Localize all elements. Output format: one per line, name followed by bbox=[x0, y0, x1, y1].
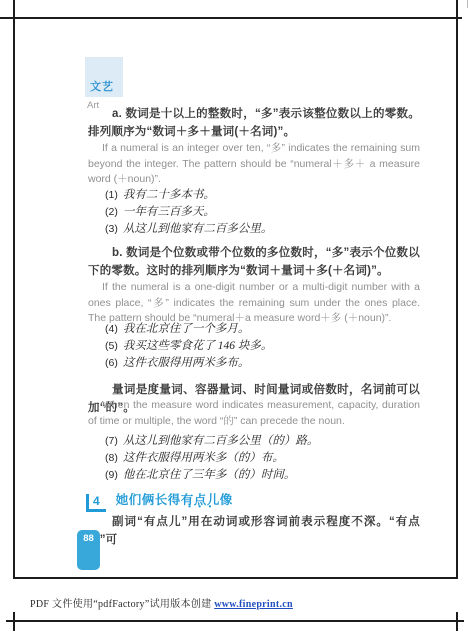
example-sentence: (4)我在北京住了一个多月。 bbox=[105, 321, 437, 338]
example-sentence: (8)这件衣服得用两米多（的）布。 bbox=[105, 450, 437, 467]
crop-mark-corner-tick bbox=[467, 0, 468, 8]
example-number: (3) bbox=[105, 223, 118, 235]
section-title: 她们俩长得有点儿像 bbox=[116, 493, 233, 507]
example-text: 从这儿到他家有二百多公里。 bbox=[123, 223, 273, 235]
example-number: (5) bbox=[105, 340, 118, 352]
example-number: (2) bbox=[105, 206, 118, 218]
grammar-point-b-english: If the numeral is a one-digit number or … bbox=[88, 280, 420, 327]
example-text: 这件衣服得用两米多（的）布。 bbox=[123, 452, 284, 464]
section-title-part: 她们俩长得 bbox=[116, 493, 181, 507]
example-sentence: (5)我买这些零食花了 146 块多。 bbox=[105, 338, 437, 355]
example-text: 我在北京住了一个多月。 bbox=[123, 323, 250, 335]
watermark-footer: PDF 文件使用“pdfFactory”试用版本创建 www.fineprint… bbox=[30, 595, 293, 610]
watermark-text: PDF 文件使用“pdfFactory”试用版本创建 bbox=[30, 599, 214, 610]
example-sentence: (6)这件衣服得用两米多布。 bbox=[105, 355, 437, 372]
example-sentence: (1)我有二十多本书。 bbox=[105, 187, 437, 204]
example-number: (7) bbox=[105, 435, 118, 447]
example-text: 我有二十多本书。 bbox=[123, 189, 215, 201]
section-heading: 4她们俩长得有点儿像 bbox=[86, 490, 233, 512]
section-body-text: 副词“有点儿”用在动词或形容词前表示程度不深。“有点儿”可 bbox=[88, 514, 420, 549]
next-page-left-mark bbox=[13, 612, 15, 631]
section-title-emphasized: 有点儿 bbox=[181, 490, 220, 508]
example-number: (9) bbox=[105, 469, 118, 481]
grammar-point-a-english: If a numeral is an integer over ten, “多”… bbox=[88, 141, 420, 188]
section-title-part: 像 bbox=[220, 493, 233, 507]
example-sentence: (2)一年有三百多天。 bbox=[105, 204, 437, 221]
example-list-b: (4)我在北京住了一个多月。 (5)我买这些零食花了 146 块多。 (6)这件… bbox=[88, 321, 437, 373]
example-text: 他在北京住了三年多（的）时间。 bbox=[123, 469, 296, 481]
grammar-point-a-chinese: a. 数词是十以上的整数时，“多”表示该整位数以上的零数。排列顺序为“数词＋多＋… bbox=[88, 106, 420, 141]
next-page-right-mark bbox=[456, 612, 458, 631]
example-number: (6) bbox=[105, 357, 118, 369]
crop-mark-top-line bbox=[0, 17, 462, 19]
vocab-word: 文艺 bbox=[90, 78, 114, 94]
crop-mark-left-line bbox=[13, 0, 15, 578]
measure-note-english: When the measure word indicates measurem… bbox=[88, 398, 420, 429]
crop-mark-bottom-line bbox=[13, 577, 458, 579]
example-text: 这件衣服得用两米多布。 bbox=[123, 357, 250, 369]
page-number-tab: 88 bbox=[77, 530, 100, 570]
example-text: 一年有三百多天。 bbox=[123, 206, 215, 218]
section-number-badge: 4 bbox=[86, 494, 106, 512]
example-sentence: (7)从这儿到他家有二百多公里（的）路。 bbox=[105, 433, 437, 450]
example-number: (1) bbox=[105, 189, 118, 201]
example-text: 我买这些零食花了 146 块多。 bbox=[123, 340, 273, 352]
example-list-a: (1)我有二十多本书。 (2)一年有三百多天。 (3)从这儿到他家有二百多公里。 bbox=[88, 187, 437, 239]
example-number: (8) bbox=[105, 452, 118, 464]
vocab-card: 文艺 bbox=[85, 57, 123, 97]
example-text: 从这儿到他家有二百多公里（的）路。 bbox=[123, 435, 319, 447]
example-sentence: (9)他在北京住了三年多（的）时间。 bbox=[105, 467, 437, 484]
example-number: (4) bbox=[105, 323, 118, 335]
fineprint-link[interactable]: www.fineprint.cn bbox=[214, 599, 293, 610]
next-page-top-line bbox=[6, 620, 464, 622]
example-list-c: (7)从这儿到他家有二百多公里（的）路。 (8)这件衣服得用两米多（的）布。 (… bbox=[88, 433, 437, 485]
crop-mark-right-line bbox=[456, 0, 458, 578]
example-sentence: (3)从这儿到他家有二百多公里。 bbox=[105, 221, 437, 238]
grammar-point-b-chinese: b. 数词是个位数或带个位数的多位数时，“多”表示个位数以下的零数。这时的排列顺… bbox=[88, 245, 420, 280]
pdf-page: 文艺 Art a. 数词是十以上的整数时，“多”表示该整位数以上的零数。排列顺序… bbox=[0, 0, 470, 631]
